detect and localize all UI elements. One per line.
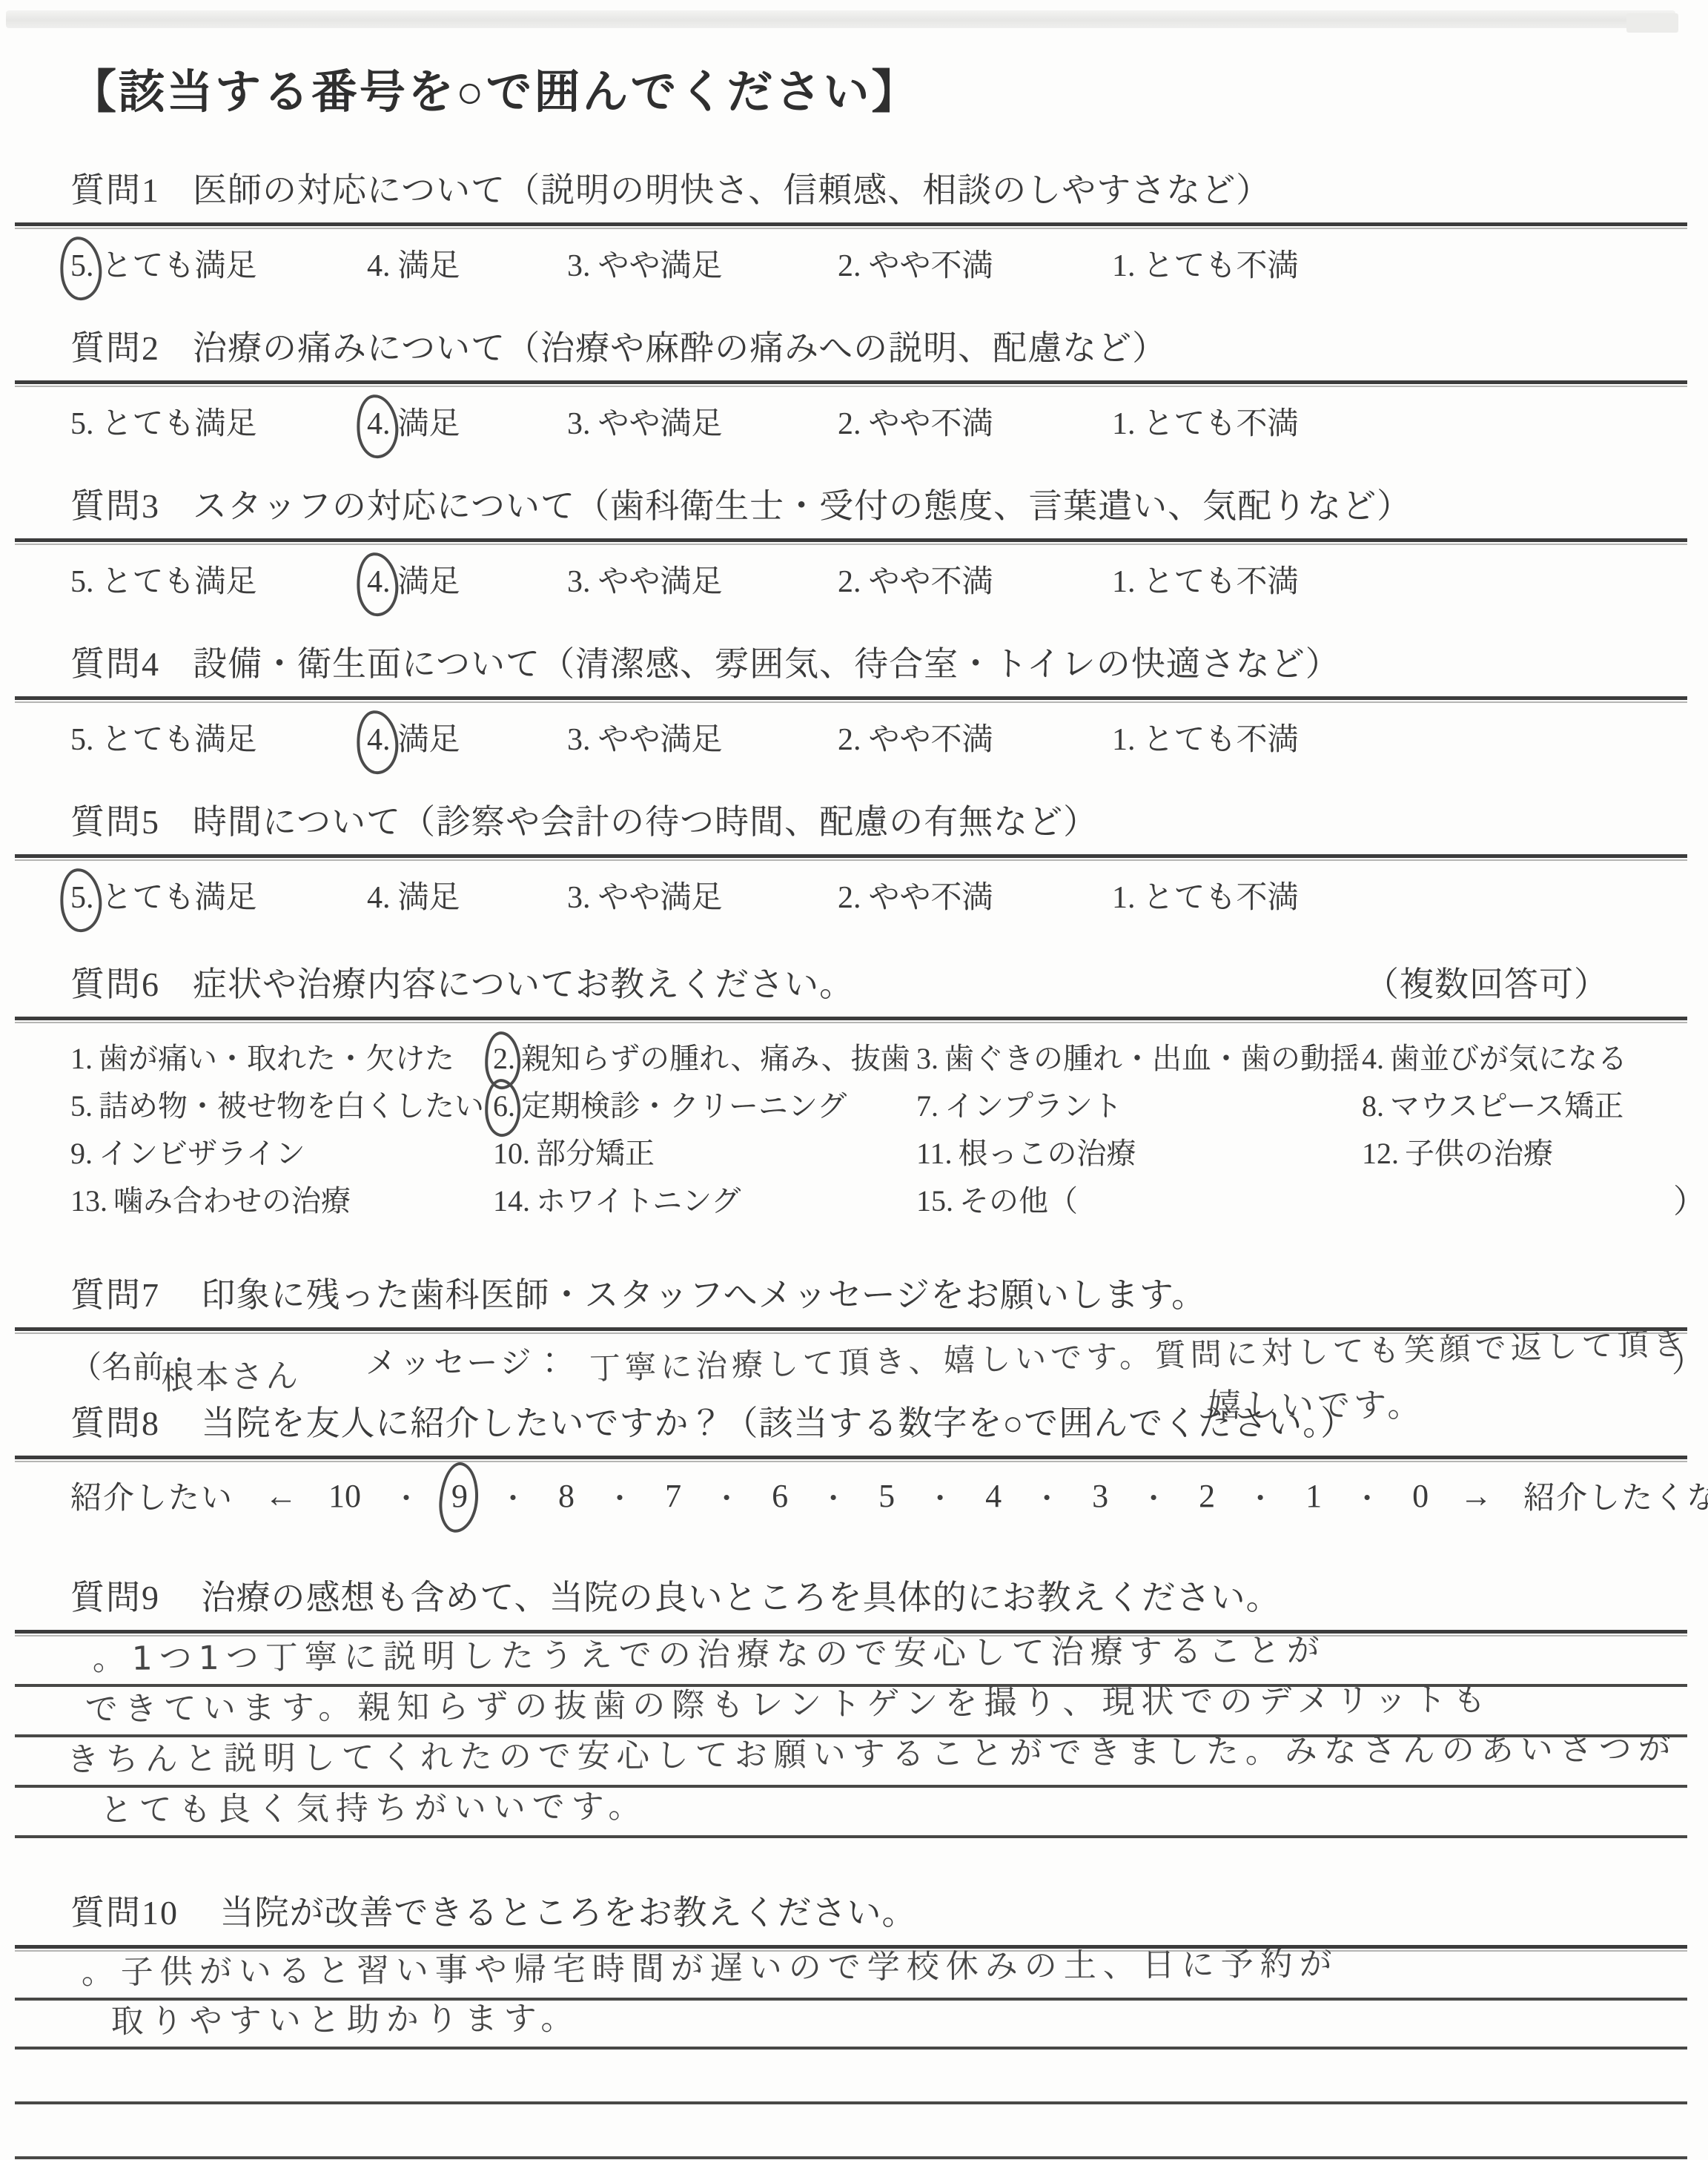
option-number: 3. — [567, 564, 591, 600]
option-number: 5. — [70, 722, 94, 758]
rating-option: 3.やや満足 — [567, 241, 723, 285]
question-topic: 印象に残った歯科医師・スタッフへメッセージをお願いします。 — [202, 1276, 1207, 1314]
checklist-item: 15.その他（ — [916, 1178, 1078, 1220]
scale-separator-dot: ・ — [392, 1476, 420, 1516]
item-label: 歯並びが気になる — [1390, 1042, 1627, 1075]
question-block-3: 質問3スタッフの対応について（歯科衛生士・受付の態度、言葉遣い、気配りなど）5.… — [70, 485, 1687, 601]
rating-option: 5.とても満足 — [70, 715, 257, 759]
option-label: やや不満 — [869, 881, 993, 915]
question-heading: 質問7 印象に残った歯科医師・スタッフへメッセージをお願いします。 — [70, 1274, 1687, 1317]
rating-option: 5.とても満足 — [70, 241, 257, 285]
item-number: 12. — [1362, 1136, 1399, 1171]
option-number: 1. — [1112, 564, 1136, 600]
option-label: とても不満 — [1143, 881, 1299, 915]
question-label: 質問9 — [70, 1576, 160, 1619]
question-topic: スタッフの対応について（歯科衛生士・受付の態度、言葉遣い、気配りなど） — [193, 487, 1411, 525]
question-topic: 設備・衛生面について（清潔感、雰囲気、待合室・トイレの快適さなど） — [193, 645, 1340, 683]
question-heading: 質問8 当院を友人に紹介したいですか？（該当する数字を○で囲んでください。） — [70, 1402, 1687, 1445]
checklist-item: 9.インビザライン — [70, 1130, 305, 1172]
question-block-4: 質問4設備・衛生面について（清潔感、雰囲気、待合室・トイレの快適さなど）5.とて… — [70, 643, 1687, 759]
item-label: 歯ぐきの腫れ・出血・歯の動揺 — [944, 1042, 1360, 1075]
left-arrow-icon: ← — [265, 1477, 297, 1515]
option-label: やや満足 — [598, 407, 723, 441]
rating-options: 5.とても満足4.満足3.やや満足2.やや不満1.とても不満 — [70, 870, 1687, 917]
option-number: 2. — [838, 880, 861, 916]
empty-ruled-line — [15, 2104, 1687, 2159]
message-answer-row: （名前： 根本さん メッセージ： 丁寧に治療して頂き、嬉しいです。質問に対しても… — [70, 1337, 1687, 1402]
item-label: その他（ — [959, 1184, 1078, 1218]
scale-number: 7 — [665, 1477, 681, 1515]
rating-options: 5.とても満足4.満足3.やや満足2.やや不満1.とても不満 — [70, 396, 1687, 443]
question-topic: 当院が改善できるところをお教えください。 — [220, 1894, 917, 1932]
item-label: 詰め物・被せ物を白くしたい — [99, 1089, 484, 1123]
option-label: やや不満 — [869, 249, 993, 283]
question-label: 質問4 — [70, 643, 160, 686]
empty-ruled-line — [15, 2050, 1687, 2104]
question-block-7: 質問7 印象に残った歯科医師・スタッフへメッセージをお願いします。 （名前： 根… — [70, 1274, 1687, 1402]
question-label: 質問1 — [70, 169, 160, 212]
question-block-6: 質問6 症状や治療内容についてお教えください。 （複数回答可） ） 1.歯が痛い… — [70, 963, 1687, 1232]
option-number: 1. — [1112, 722, 1136, 758]
option-number: 1. — [1112, 248, 1136, 284]
scale-separator-dot: ・ — [499, 1476, 527, 1516]
scale-separator-dot: ・ — [926, 1476, 954, 1516]
option-label: とても満足 — [102, 249, 257, 283]
scale-separator-dot: ・ — [1353, 1476, 1381, 1516]
scale-separator-dot: ・ — [1033, 1476, 1061, 1516]
rating-option: 2.やや不満 — [838, 715, 993, 759]
item-number: 5. — [70, 1089, 93, 1123]
rating-option: 3.やや満足 — [567, 873, 723, 917]
page-title: 【該当する番号を○で囲んでください】 — [70, 65, 1687, 120]
rating-option: 4.満足 — [367, 873, 460, 917]
rating-option: 4.満足 — [367, 241, 460, 285]
rating-option: 2.やや不満 — [838, 873, 993, 917]
scale-number-selected-circle: 9 — [451, 1477, 468, 1515]
option-number: 2. — [838, 564, 861, 600]
question-label: 質問2 — [70, 327, 160, 370]
rating-option: 1.とても不満 — [1112, 399, 1299, 443]
option-number: 2. — [838, 722, 861, 758]
scale-separator-dot: ・ — [819, 1476, 847, 1516]
rating-questions: 質問1医師の対応について（説明の明快さ、信頼感、相談のしやすさなど）5.とても満… — [70, 169, 1687, 917]
option-number-selected-circle: 4. — [367, 722, 391, 758]
rating-option: 4.満足 — [367, 715, 460, 759]
scale-separator-dot: ・ — [606, 1476, 634, 1516]
survey-content: 【該当する番号を○で囲んでください】 質問1医師の対応について（説明の明快さ、信… — [70, 0, 1687, 2159]
rating-options: 5.とても満足4.満足3.やや満足2.やや不満1.とても不満 — [70, 554, 1687, 601]
handwritten-answer-line: 取りやすいと助かります。 — [111, 1992, 580, 2042]
scale-right-label: 紹介したくない — [1523, 1473, 1708, 1518]
option-number: 3. — [567, 248, 591, 284]
question-topic: 症状や治療内容についてお教えください。 — [193, 963, 1365, 1006]
option-label: やや不満 — [869, 723, 993, 757]
handwritten-answer-line: 。1つ1つ丁寧に説明したうえでの治療なので安心して治療することが — [93, 1624, 1326, 1680]
item-number: 3. — [916, 1041, 939, 1076]
question-block-8: 質問8 当院を友人に紹介したいですか？（該当する数字を○で囲んでください。） 紹… — [70, 1402, 1687, 1522]
checklist-item: 12.子供の治療 — [1362, 1130, 1553, 1172]
item-label: マウスピース矯正 — [1390, 1089, 1623, 1123]
option-label: やや不満 — [869, 407, 993, 441]
scale-number: 6 — [772, 1477, 788, 1515]
question-label: 質問10 — [70, 1892, 179, 1935]
free-answer-area: 。1つ1つ丁寧に説明したうえでの治療なので安心して治療することができています。親… — [15, 1636, 1687, 1838]
item-number: 15. — [916, 1183, 953, 1218]
heading-rule — [15, 222, 1687, 229]
option-label: やや満足 — [598, 565, 723, 599]
option-label: とても不満 — [1143, 249, 1299, 283]
item-number: 8. — [1362, 1089, 1384, 1123]
handwritten-answer-line: きちんと説明してくれたので安心してお願いすることができました。みなさんのあいさつ… — [67, 1722, 1678, 1780]
checklist-item: 2.親知らずの腫れ、痛み、抜歯 — [493, 1035, 910, 1077]
option-label: とても満足 — [102, 407, 257, 441]
item-label: 子供の治療 — [1405, 1137, 1553, 1170]
question-topic: 時間について（診察や会計の待つ時間、配慮の有無など） — [193, 803, 1098, 841]
item-label: インビザライン — [99, 1137, 305, 1170]
question-topic: 治療の痛みについて（治療や麻酔の痛みへの説明、配慮など） — [193, 329, 1167, 367]
multiple-answers-note: （複数回答可） — [1365, 963, 1609, 1006]
option-label: 満足 — [398, 881, 460, 915]
checklist-item: 8.マウスピース矯正 — [1362, 1083, 1623, 1125]
rating-option: 5.とても満足 — [70, 873, 257, 917]
item-label: 部分矯正 — [536, 1137, 655, 1170]
scale-number: 1 — [1305, 1477, 1322, 1515]
rating-option: 3.やや満足 — [567, 557, 723, 601]
handwritten-message-line2: 嬉しいです。 — [1208, 1378, 1423, 1426]
option-number: 2. — [838, 406, 861, 442]
option-number: 5. — [70, 406, 94, 442]
rating-options: 5.とても満足4.満足3.やや満足2.やや不満1.とても不満 — [70, 712, 1687, 759]
rating-option: 2.やや不満 — [838, 557, 993, 601]
scanned-survey-page: 【該当する番号を○で囲んでください】 質問1医師の対応について（説明の明快さ、信… — [0, 0, 1708, 2160]
option-label: やや満足 — [598, 723, 723, 757]
checklist-item: 4.歯並びが気になる — [1362, 1035, 1627, 1077]
option-label: 満足 — [398, 407, 460, 441]
question-block-2: 質問2治療の痛みについて（治療や麻酔の痛みへの説明、配慮など）5.とても満足4.… — [70, 327, 1687, 443]
option-number-selected-circle: 4. — [367, 564, 391, 600]
question-heading: 質問3スタッフの対応について（歯科衛生士・受付の態度、言葉遣い、気配りなど） — [70, 485, 1687, 528]
checklist-item: 13.噛み合わせの治療 — [70, 1178, 351, 1220]
checklist-item: 3.歯ぐきの腫れ・出血・歯の動揺 — [916, 1035, 1360, 1077]
item-number: 7. — [916, 1089, 939, 1123]
option-number: 1. — [1112, 406, 1136, 442]
heading-rule — [15, 1017, 1687, 1023]
question-label: 質問5 — [70, 801, 160, 844]
option-number-selected-circle: 5. — [70, 248, 94, 284]
item-number: 11. — [916, 1136, 953, 1171]
symptom-checklist: ） 1.歯が痛い・取れた・欠けた2.親知らずの腫れ、痛み、抜歯3.歯ぐきの腫れ・… — [70, 1035, 1687, 1232]
question-heading: 質問9 治療の感想も含めて、当院の良いところを具体的にお教えください。 — [70, 1576, 1687, 1619]
checklist-item: 5.詰め物・被せ物を白くしたい — [70, 1083, 484, 1125]
question-heading: 質問2治療の痛みについて（治療や麻酔の痛みへの説明、配慮など） — [70, 327, 1687, 370]
scale-number: 3 — [1092, 1477, 1108, 1515]
option-label: 満足 — [398, 723, 460, 757]
item-number: 10. — [493, 1136, 530, 1171]
nps-scale: 紹介したい←10・9・8・7・6・5・4・3・2・1・0→紹介したくない — [70, 1470, 1687, 1522]
question-heading: 質問10 当院が改善できるところをお教えください。 — [70, 1892, 1687, 1935]
checklist-item: 7.インプラント — [916, 1083, 1122, 1125]
option-label: やや満足 — [598, 881, 723, 915]
checklist-item: 10.部分矯正 — [493, 1130, 655, 1172]
option-number: 3. — [567, 406, 591, 442]
question-block-10: 質問10 当院が改善できるところをお教えください。 。子供がいると習い事や帰宅時… — [70, 1892, 1687, 2159]
question-topic: 治療の感想も含めて、当院の良いところを具体的にお教えください。 — [202, 1579, 1281, 1616]
option-label: とても不満 — [1143, 407, 1299, 441]
option-number: 4. — [367, 248, 391, 284]
scale-number: 4 — [985, 1477, 1002, 1515]
scale-number: 10 — [328, 1477, 361, 1515]
option-number-selected-circle: 4. — [367, 406, 391, 442]
item-number-selected-circle: 6. — [493, 1089, 515, 1123]
rating-option: 2.やや不満 — [838, 241, 993, 285]
option-label: とても満足 — [102, 565, 257, 599]
option-label: とても満足 — [102, 723, 257, 757]
option-label: 満足 — [398, 249, 460, 283]
item-label: ホワイトニング — [536, 1184, 741, 1218]
question-topic: 医師の対応について（説明の明快さ、信頼感、相談のしやすさなど） — [193, 171, 1271, 209]
question-label: 質問6 — [70, 963, 160, 1006]
answer-line-row: きちんと説明してくれたので安心してお願いすることができました。みなさんのあいさつ… — [15, 1737, 1687, 1788]
item-label: 歯が痛い・取れた・欠けた — [99, 1042, 454, 1075]
rating-option: 3.やや満足 — [567, 715, 723, 759]
question-label: 質問7 — [70, 1274, 160, 1317]
question-block-1: 質問1医師の対応について（説明の明快さ、信頼感、相談のしやすさなど）5.とても満… — [70, 169, 1687, 285]
item-number: 1. — [70, 1041, 93, 1076]
item-number-selected-circle: 2. — [493, 1041, 515, 1076]
heading-rule — [15, 380, 1687, 387]
scale-separator-dot: ・ — [712, 1476, 741, 1516]
other-close-paren: ） — [1673, 1175, 1706, 1222]
rating-options: 5.とても満足4.満足3.やや満足2.やや不満1.とても不満 — [70, 238, 1687, 285]
option-number: 3. — [567, 722, 591, 758]
heading-rule — [15, 1456, 1687, 1462]
option-label: とても満足 — [102, 881, 257, 915]
message-close-paren: ） — [1672, 1337, 1703, 1381]
answer-line-row: とても良く気持ちがいいです。 — [15, 1788, 1687, 1838]
item-label: 定期検診・クリーニング — [521, 1089, 847, 1123]
rating-option: 2.やや不満 — [838, 399, 993, 443]
free-answer-area: 。子供がいると習い事や帰宅時間が遅いので学校休みの土、日に予約が取りやすいと助か… — [15, 1952, 1687, 2159]
option-label: とても不満 — [1143, 723, 1299, 757]
question-block-5: 質問5時間について（診察や会計の待つ時間、配慮の有無など）5.とても満足4.満足… — [70, 801, 1687, 917]
message-field-label: メッセージ： — [365, 1338, 568, 1383]
item-label: 噛み合わせの治療 — [113, 1184, 351, 1218]
question-heading: 質問5時間について（診察や会計の待つ時間、配慮の有無など） — [70, 801, 1687, 844]
option-label: やや不満 — [869, 565, 993, 599]
item-label: インプラント — [944, 1089, 1122, 1123]
rating-option: 1.とても不満 — [1112, 873, 1299, 917]
option-number: 2. — [838, 248, 861, 284]
item-number: 13. — [70, 1183, 107, 1218]
heading-rule — [15, 854, 1687, 861]
question-heading: 質問1医師の対応について（説明の明快さ、信頼感、相談のしやすさなど） — [70, 169, 1687, 212]
scale-number: 8 — [558, 1477, 575, 1515]
option-number: 5. — [70, 564, 94, 600]
question-heading: 質問6 症状や治療内容についてお教えください。 （複数回答可） — [70, 963, 1687, 1006]
rating-option: 5.とても満足 — [70, 399, 257, 443]
scale-separator-dot: ・ — [1139, 1476, 1168, 1516]
checklist-item: 1.歯が痛い・取れた・欠けた — [70, 1035, 454, 1077]
heading-rule — [15, 696, 1687, 703]
rating-option: 3.やや満足 — [567, 399, 723, 443]
option-label: 満足 — [398, 565, 460, 599]
scale-number: 2 — [1199, 1477, 1215, 1515]
question-block-9: 質問9 治療の感想も含めて、当院の良いところを具体的にお教えください。 。1つ1… — [70, 1576, 1687, 1838]
question-label: 質問3 — [70, 485, 160, 528]
rating-option: 1.とても不満 — [1112, 241, 1299, 285]
checklist-item: 14.ホワイトニング — [493, 1178, 741, 1220]
heading-rule — [15, 538, 1687, 545]
scale-separator-dot: ・ — [1246, 1476, 1274, 1516]
question-heading: 質問4設備・衛生面について（清潔感、雰囲気、待合室・トイレの快適さなど） — [70, 643, 1687, 686]
rating-option: 5.とても満足 — [70, 557, 257, 601]
scale-number: 5 — [878, 1477, 895, 1515]
option-number: 1. — [1112, 880, 1136, 916]
checklist-item: 11.根っこの治療 — [916, 1130, 1136, 1172]
question-label: 質問8 — [70, 1402, 160, 1445]
item-label: 根っこの治療 — [959, 1137, 1136, 1170]
scale-number: 0 — [1412, 1477, 1429, 1515]
rating-option: 1.とても不満 — [1112, 557, 1299, 601]
option-label: やや満足 — [598, 249, 723, 283]
right-arrow-icon: → — [1460, 1477, 1492, 1515]
option-number-selected-circle: 5. — [70, 880, 94, 916]
question-topic: 当院を友人に紹介したいですか？（該当する数字を○で囲んでください。） — [202, 1404, 1356, 1442]
item-number: 9. — [70, 1136, 93, 1171]
handwritten-answer-line: できています。親知らずの抜歯の際もレントゲンを撮り、現状でのデメリットも — [85, 1673, 1493, 1730]
rating-option: 4.満足 — [367, 557, 460, 601]
scale-left-label: 紹介したい — [70, 1473, 234, 1518]
option-label: とても不満 — [1143, 565, 1299, 599]
option-number: 3. — [567, 880, 591, 916]
handwritten-answer-line: 。子供がいると習い事や帰宅時間が遅いので学校休みの土、日に予約が — [82, 1938, 1339, 1994]
rating-option: 1.とても不満 — [1112, 715, 1299, 759]
handwritten-name: 根本さん — [160, 1350, 300, 1399]
item-number: 14. — [493, 1183, 530, 1218]
checklist-item: 6.定期検診・クリーニング — [493, 1083, 847, 1125]
handwritten-answer-line: とても良く気持ちがいいです。 — [100, 1780, 648, 1831]
rating-option: 4.満足 — [367, 399, 460, 443]
answer-line-row: 取りやすいと助かります。 — [15, 2001, 1687, 2050]
option-number: 4. — [367, 880, 391, 916]
item-number: 4. — [1362, 1041, 1384, 1076]
item-label: 親知らずの腫れ、痛み、抜歯 — [521, 1042, 910, 1075]
